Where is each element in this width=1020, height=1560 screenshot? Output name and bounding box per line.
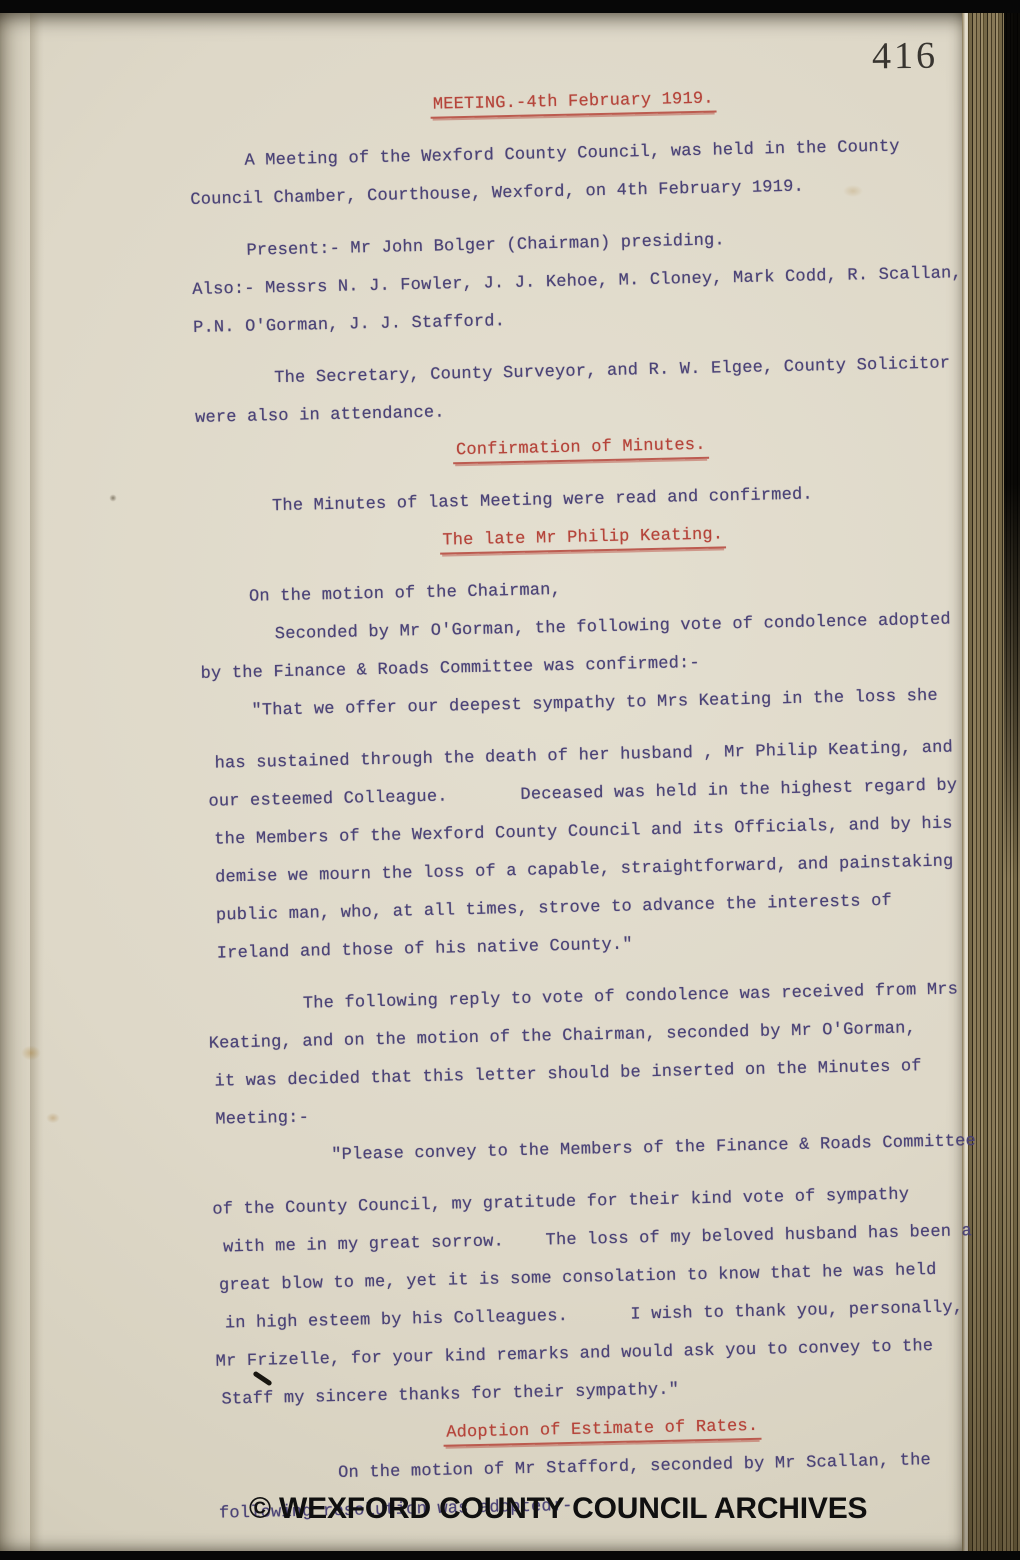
page-gutter-shadow [30, 13, 44, 1552]
section-heading-text: The late Mr Philip Keating. [439, 525, 726, 554]
edge-shadow [1004, 0, 1020, 880]
stain [44, 1111, 62, 1125]
section-heading-text: Adoption of Estimate of Rates. [443, 1417, 761, 1447]
minutes-text-block: MEETING.-4th February 1919.A Meeting of … [188, 75, 989, 1533]
photo-border [0, 1551, 1020, 1560]
scanned-book-photo: 416 MEETING.-4th February 1919.A Meeting… [0, 0, 1020, 1560]
photo-border [0, 0, 1020, 13]
section-heading-text: Confirmation of Minutes. [453, 436, 709, 465]
section-heading-text: MEETING.-4th February 1919. [430, 89, 717, 118]
archives-watermark: © WEXFORD COUNTY COUNCIL ARCHIVES [249, 1492, 867, 1526]
stain [108, 493, 118, 503]
page-number: 416 [872, 34, 938, 79]
